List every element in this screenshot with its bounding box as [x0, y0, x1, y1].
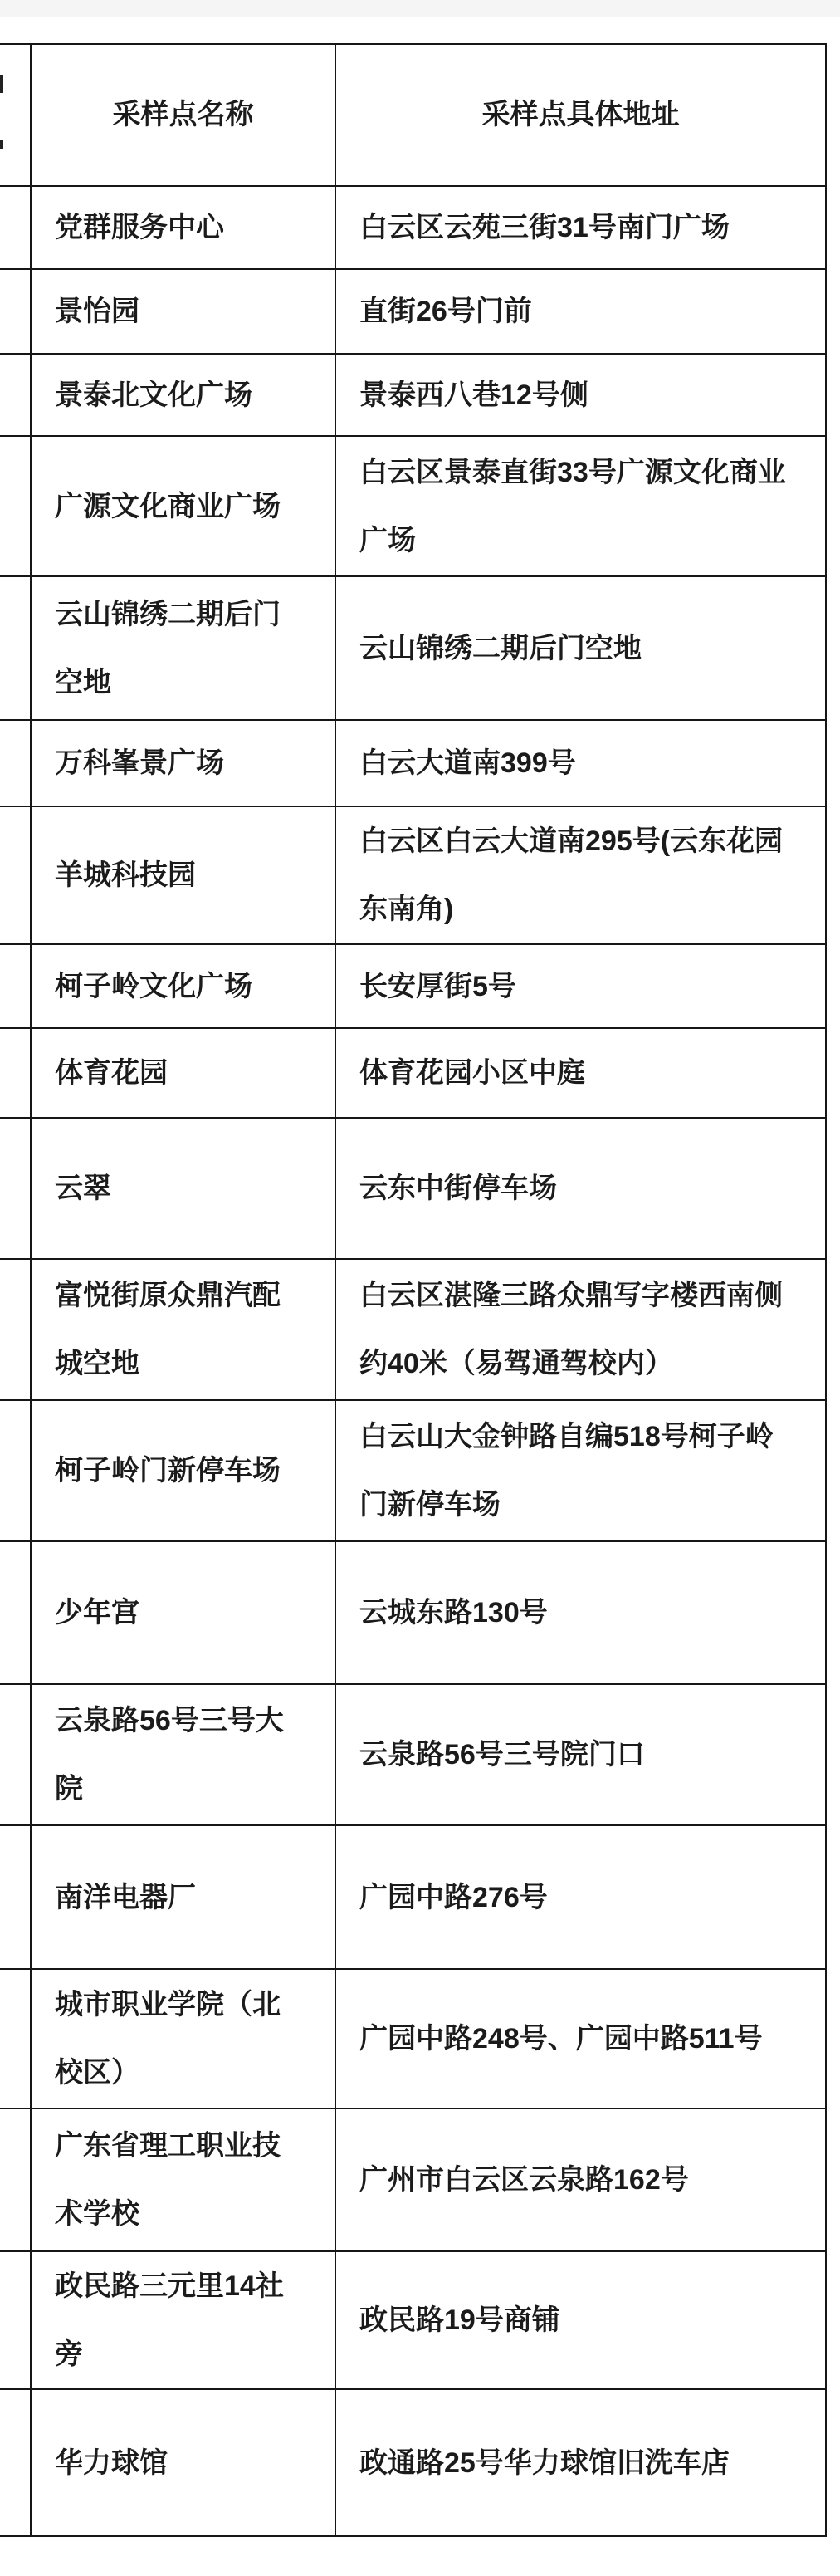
clipped-first-column-cell: [0, 2108, 31, 2251]
table-row: 政民路三元里14社旁 政民路19号商铺: [0, 2251, 826, 2389]
sampling-point-address: 云山锦绣二期后门空地: [335, 576, 826, 720]
clipped-first-column-cell: [0, 1969, 31, 2108]
table-row: 羊城科技园 白云区白云大道南295号(云东花园东南角): [0, 806, 826, 944]
table-row: 南洋电器厂 广园中路276号: [0, 1825, 826, 1969]
sampling-point-address: 政通路25号华力球馆旧洗车店: [335, 2389, 826, 2536]
table-row: 广东省理工职业技术学校 广州市白云区云泉路162号: [0, 2108, 826, 2251]
sampling-point-address: 体育花园小区中庭: [335, 1028, 826, 1118]
table-row: 华力球馆 政通路25号华力球馆旧洗车店: [0, 2389, 826, 2536]
sampling-point-name: 富悦街原众鼎汽配城空地: [31, 1259, 335, 1400]
sampling-point-address: 白云区云苑三街31号南门广场: [335, 186, 826, 269]
table-row: 万科峯景广场 白云大道南399号: [0, 720, 826, 806]
sampling-point-name: 政民路三元里14社旁: [31, 2251, 335, 2389]
table-row: 少年宫 云城东路130号: [0, 1541, 826, 1684]
sampling-point-name: 云泉路56号三号大院: [31, 1684, 335, 1825]
clipped-first-column-cell: [0, 806, 31, 944]
sampling-point-name: 万科峯景广场: [31, 720, 335, 806]
sampling-point-address: 景泰西八巷12号侧: [335, 354, 826, 436]
sampling-point-name: 柯子岭文化广场: [31, 944, 335, 1028]
table-row: 广源文化商业广场 白云区景泰直街33号广源文化商业广场: [0, 436, 826, 576]
sampling-point-address: 白云大道南399号: [335, 720, 826, 806]
sampling-point-address: 云城东路130号: [335, 1541, 826, 1684]
table-row: 党群服务中心 白云区云苑三街31号南门广场: [0, 186, 826, 269]
column-header-name: 采样点名称: [31, 44, 335, 186]
clipped-first-column-cell: [0, 2389, 31, 2536]
sampling-point-address: 长安厚街5号: [335, 944, 826, 1028]
table-row: 云山锦绣二期后门空地 云山锦绣二期后门空地: [0, 576, 826, 720]
sampling-point-name: 少年宫: [31, 1541, 335, 1684]
clipped-first-column-cell: [0, 1028, 31, 1118]
clipped-first-column-cell: [0, 1684, 31, 1825]
sampling-point-name: 城市职业学院（北校区）: [31, 1969, 335, 2108]
sampling-point-address: 白云区湛隆三路众鼎写字楼西南侧约40米（易驾通驾校内）: [335, 1259, 826, 1400]
column-header-address: 采样点具体地址: [335, 44, 826, 186]
page-top-strip: [0, 0, 840, 17]
table-row: 富悦街原众鼎汽配城空地 白云区湛隆三路众鼎写字楼西南侧约40米（易驾通驾校内）: [0, 1259, 826, 1400]
clipped-first-column-cell: [0, 1118, 31, 1259]
sampling-point-name: 景泰北文化广场: [31, 354, 335, 436]
sampling-point-address: 广州市白云区云泉路162号: [335, 2108, 826, 2251]
sampling-point-name: 党群服务中心: [31, 186, 335, 269]
clipped-first-column-cell: [0, 576, 31, 720]
sampling-point-name: 南洋电器厂: [31, 1825, 335, 1969]
sampling-point-name: 体育花园: [31, 1028, 335, 1118]
sampling-point-address: 云泉路56号三号院门口: [335, 1684, 826, 1825]
clipped-first-column-cell: [0, 2251, 31, 2389]
table-row: 景怡园 直街26号门前: [0, 269, 826, 354]
clipped-first-column-cell: [0, 354, 31, 436]
sampling-point-address: 白云区白云大道南295号(云东花园东南角): [335, 806, 826, 944]
table-row: 体育花园 体育花园小区中庭: [0, 1028, 826, 1118]
sampling-point-name: 云翠: [31, 1118, 335, 1259]
table-row: 城市职业学院（北校区） 广园中路248号、广园中路511号: [0, 1969, 826, 2108]
clipped-first-column-cell: [0, 720, 31, 806]
sampling-points-table: 采样点名称 采样点具体地址 党群服务中心 白云区云苑三街31号南门广场 景怡园 …: [0, 43, 827, 2537]
sampling-point-name: 云山锦绣二期后门空地: [31, 576, 335, 720]
sampling-point-name: 景怡园: [31, 269, 335, 354]
sampling-point-address: 广园中路276号: [335, 1825, 826, 1969]
clipped-first-column-cell: [0, 1400, 31, 1541]
table-row: 云泉路56号三号大院 云泉路56号三号院门口: [0, 1684, 826, 1825]
sampling-point-address: 广园中路248号、广园中路511号: [335, 1969, 826, 2108]
clipped-first-column-cell: [0, 1541, 31, 1684]
sampling-point-name: 广东省理工职业技术学校: [31, 2108, 335, 2251]
sampling-point-address: 云东中街停车场: [335, 1118, 826, 1259]
sampling-point-name: 华力球馆: [31, 2389, 335, 2536]
clipped-first-column-cell: [0, 944, 31, 1028]
sampling-point-address: 直街26号门前: [335, 269, 826, 354]
clipped-first-column-cell: [0, 186, 31, 269]
clipped-first-column-header: [0, 44, 31, 186]
table-header-row: 采样点名称 采样点具体地址: [0, 44, 826, 186]
sampling-point-name: 广源文化商业广场: [31, 436, 335, 576]
table-row: 柯子岭门新停车场 白云山大金钟路自编518号柯子岭门新停车场: [0, 1400, 826, 1541]
clipped-first-column-cell: [0, 1825, 31, 1969]
sampling-point-address: 政民路19号商铺: [335, 2251, 826, 2389]
clipped-first-column-cell: [0, 269, 31, 354]
clipped-first-column-cell: [0, 436, 31, 576]
sampling-point-name: 羊城科技园: [31, 806, 335, 944]
table-row: 云翠 云东中街停车场: [0, 1118, 826, 1259]
sampling-point-address: 白云区景泰直街33号广源文化商业广场: [335, 436, 826, 576]
sampling-point-name: 柯子岭门新停车场: [31, 1400, 335, 1541]
table-row: 景泰北文化广场 景泰西八巷12号侧: [0, 354, 826, 436]
clipped-first-column-cell: [0, 1259, 31, 1400]
sampling-point-address: 白云山大金钟路自编518号柯子岭门新停车场: [335, 1400, 826, 1541]
table-row: 柯子岭文化广场 长安厚街5号: [0, 944, 826, 1028]
